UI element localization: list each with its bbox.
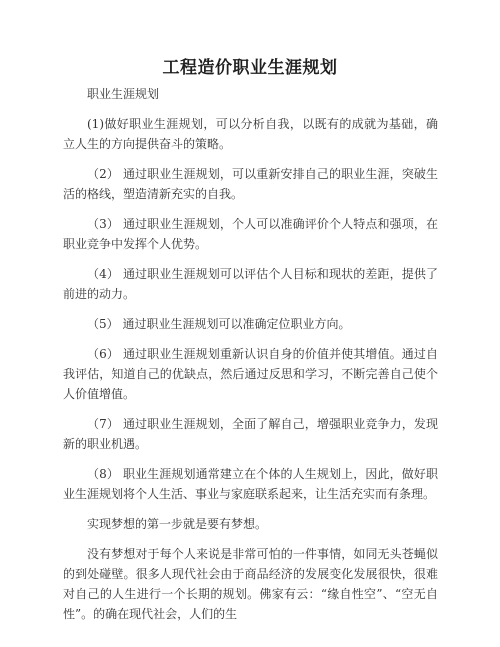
paragraph-point-7: （7） 通过职业生涯规划，全面了解自己，增强职业竞争力，发现新的职业机遇。 <box>63 414 438 454</box>
document-page: 工程造价职业生涯规划 职业生涯规划 (1)做好职业生涯规划，可以分析自我，以既有… <box>0 0 500 647</box>
paragraph-point-1: (1)做好职业生涯规划，可以分析自我，以既有的成就为基础，确立人生的方向提供奋斗… <box>63 114 438 154</box>
document-body: 职业生涯规划 (1)做好职业生涯规划，可以分析自我，以既有的成就为基础，确立人生… <box>63 84 438 624</box>
paragraph-point-2: （2） 通过职业生涯规划，可以重新安排自己的职业生涯，突破生活的格线，塑造清新充… <box>63 164 438 204</box>
paragraph-point-4: （4） 通过职业生涯规划可以评估个人目标和现状的差距，提供了前进的动力。 <box>63 264 438 304</box>
paragraph-dream-intro: 实现梦想的第一步就是要有梦想。 <box>63 514 438 534</box>
paragraph-point-3: （3） 通过职业生涯规划，个人可以准确评价个人特点和强项，在职业竞争中发挥个人优… <box>63 214 438 254</box>
paragraph-point-8: （8） 职业生涯规划通常建立在个体的人生规划上，因此，做好职业生涯规划将个人生活… <box>63 464 438 504</box>
paragraph-point-6: （6） 通过职业生涯规划重新认识自身的价值并使其增值。通过自我评估，知道自己的优… <box>63 344 438 404</box>
paragraph-subtitle: 职业生涯规划 <box>63 84 438 104</box>
document-title: 工程造价职业生涯规划 <box>0 56 500 80</box>
paragraph-point-5: （5） 通过职业生涯规划可以准确定位职业方向。 <box>63 314 438 334</box>
paragraph-dream-detail: 没有梦想对于每个人来说是非常可怕的一件事情，如同无头苍蝇似的到处碰壁。很多人现代… <box>63 544 438 624</box>
